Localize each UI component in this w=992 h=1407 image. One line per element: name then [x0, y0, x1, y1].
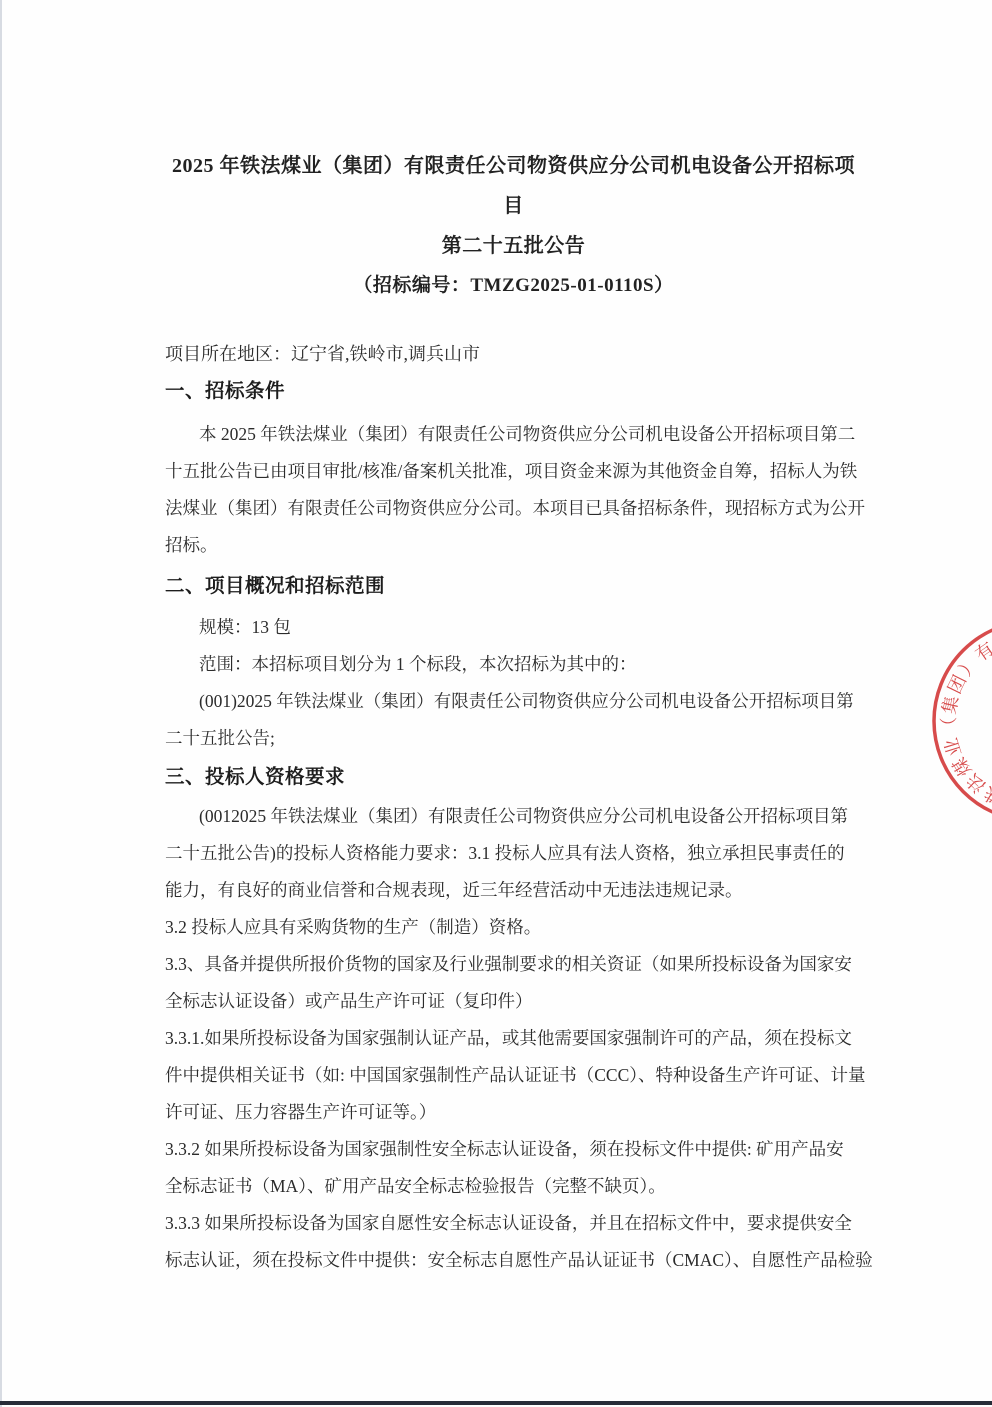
scan-left-edge: [0, 0, 2, 1407]
body-line: 许可证、压力容器生产许可证等。）: [165, 1094, 862, 1131]
body-line: 3.2 投标人应具有采购货物的生产（制造）资格。: [165, 909, 862, 946]
body-line: 全标志证书（MA）、矿用产品安全标志检验报告（完整不缺页）。: [165, 1168, 862, 1205]
body-line: (0012025 年铁法煤业（集团）有限责任公司物资供应分公司机电设备公开招标项…: [165, 798, 862, 835]
document-title: 2025 年铁法煤业（集团）有限责任公司物资供应分公司机电设备公开招标项目 第二…: [165, 0, 862, 306]
tender-number-line: （招标编号：TMZG2025-01-0110S）: [165, 266, 862, 306]
title-line-1: 2025 年铁法煤业（集团）有限责任公司物资供应分公司机电设备公开招标项目: [165, 146, 862, 226]
scan-bottom-edge: [0, 1401, 992, 1405]
company-seal: 铁法煤业（集团）有限责任公司物资供应分公司: [904, 571, 992, 871]
section-heading-1: 一、招标条件: [165, 373, 862, 410]
body-line: (001)2025 年铁法煤业（集团）有限责任公司物资供应分公司机电设备公开招标…: [165, 683, 862, 720]
body-line: 全标志认证设备）或产品生产许可证（复印件）: [165, 983, 862, 1020]
seal-ring: [934, 621, 992, 821]
body-line: 3.3、具备并提供所报价货物的国家及行业强制要求的相关资证（如果所投标设备为国家…: [165, 946, 862, 983]
body-line: 十五批公告已由项目审批/核准/备案机关批准，项目资金来源为其他资金自筹，招标人为…: [165, 453, 862, 490]
body-line: 招标。: [165, 527, 862, 564]
body-line: 件中提供相关证书（如: 中国国家强制性产品认证证书（CCC）、特种设备生产许可证…: [165, 1057, 862, 1094]
section-heading-3: 三、投标人资格要求: [165, 759, 862, 796]
body-line: 规模：13 包: [165, 609, 862, 646]
body-line: 3.3.2 如果所投标设备为国家强制性安全标志认证设备，须在投标文件中提供: 矿…: [165, 1131, 862, 1168]
body-line: 二十五批公告;: [165, 720, 862, 757]
body-line: 范围：本招标项目划分为 1 个标段，本次招标为其中的：: [165, 646, 862, 683]
document-content: 2025 年铁法煤业（集团）有限责任公司物资供应分公司机电设备公开招标项目 第二…: [165, 0, 862, 1279]
project-location-line: 项目所在地区：辽宁省,铁岭市,调兵山市: [165, 336, 862, 373]
body-line: 本 2025 年铁法煤业（集团）有限责任公司物资供应分公司机电设备公开招标项目第…: [165, 416, 862, 453]
section-2-paragraph: 规模：13 包 范围：本招标项目划分为 1 个标段，本次招标为其中的： (001…: [165, 609, 862, 757]
body-line: 3.3.1.如果所投标设备为国家强制认证产品，或其他需要国家强制许可的产品，须在…: [165, 1020, 862, 1057]
scanned-document-page: 2025 年铁法煤业（集团）有限责任公司物资供应分公司机电设备公开招标项目 第二…: [0, 0, 992, 1407]
body-line: 法煤业（集团）有限责任公司物资供应分公司。本项目已具备招标条件，现招标方式为公开: [165, 490, 862, 527]
body-line: 3.3.3 如果所投标设备为国家自愿性安全标志认证设备，并且在招标文件中，要求提…: [165, 1205, 862, 1242]
body-line: 二十五批公告)的投标人资格能力要求：3.1 投标人应具有法人资格，独立承担民事责…: [165, 835, 862, 872]
section-3-paragraph: (0012025 年铁法煤业（集团）有限责任公司物资供应分公司机电设备公开招标项…: [165, 798, 862, 1279]
section-1-paragraph: 本 2025 年铁法煤业（集团）有限责任公司物资供应分公司机电设备公开招标项目第…: [165, 416, 862, 564]
body-line: 标志认证，须在投标文件中提供：安全标志自愿性产品认证证书（CMAC）、自愿性产品…: [165, 1242, 862, 1279]
body-line: 能力，有良好的商业信誉和合规表现，近三年经营活动中无违法违规记录。: [165, 872, 862, 909]
title-line-2: 第二十五批公告: [165, 226, 862, 266]
seal-company-name: 铁法煤业（集团）有限责任公司物资供应分公司: [939, 625, 992, 808]
section-heading-2: 二、项目概况和招标范围: [165, 568, 862, 605]
